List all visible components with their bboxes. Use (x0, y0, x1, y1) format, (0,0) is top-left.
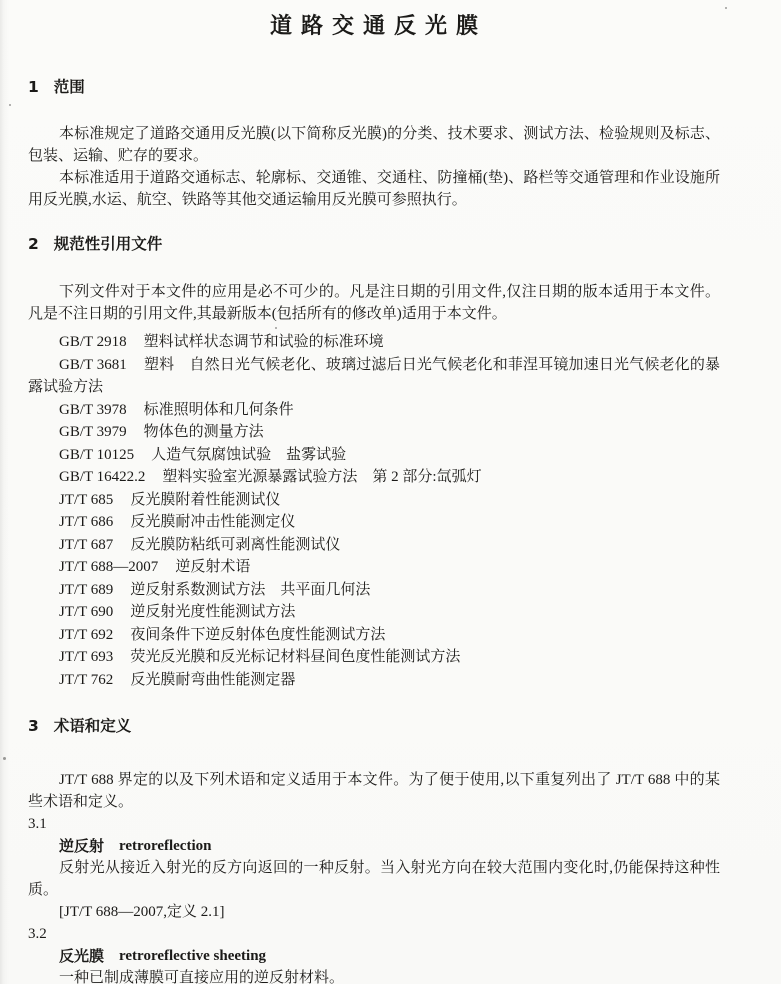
reference-title: 物体色的测量方法 (144, 424, 264, 440)
reference-title: 塑料 自然日光气候老化、玻璃过滤后日光气候老化和菲涅耳镜加速日光气候老化的暴露试… (28, 357, 720, 396)
scan-speck (138, 845, 141, 847)
reference-code: JT/T 686 (59, 514, 113, 530)
scan-speck (275, 327, 277, 329)
reference-code: GB/T 3681 (59, 357, 127, 373)
reference-title: 逆反射系数测试方法 共平面几何法 (130, 582, 370, 598)
reference-title: 逆反射术语 (175, 559, 250, 575)
term-english: retroreflective sheeting (119, 945, 266, 967)
terms-intro: JT/T 688 界定的以及下列术语和定义适用于本文件。为了便于使用,以下重复列… (28, 769, 720, 813)
section-1-title: 范围 (54, 76, 85, 98)
term-entry-3-1: 3.1 逆反射 retroreflection 反射光从接近入射光的反方向返回的… (28, 813, 720, 923)
reference-title: 逆反射光度性能测试方法 (130, 604, 295, 620)
reference-code: JT/T 762 (59, 672, 113, 688)
term-definition: 反射光从接近入射光的反方向返回的一种反射。当入射光方向在较大范围内变化时,仍能保… (28, 857, 720, 901)
term-chinese: 反光膜 (59, 945, 104, 967)
term-entry-3-2: 3.2 反光膜 retroreflective sheeting 一种已制成薄膜… (28, 923, 720, 984)
term-number: 3.2 (28, 923, 720, 945)
reference-item: GB/T 10125人造气氛腐蚀试验 盐雾试验 (28, 444, 720, 467)
reference-item: GB/T 3681塑料 自然日光气候老化、玻璃过滤后日光气候老化和菲涅耳镜加速日… (28, 354, 720, 399)
scope-paragraph-1: 本标准规定了道路交通用反光膜(以下简称反光膜)的分类、技术要求、测试方法、检验规… (28, 123, 720, 167)
normative-references-list: GB/T 2918塑料试样状态调节和试验的标准环境 GB/T 3681塑料 自然… (28, 331, 720, 691)
document-page: 道路交通反光膜 1 范围 本标准规定了道路交通用反光膜(以下简称反光膜)的分类、… (0, 0, 781, 984)
reference-code: GB/T 3979 (59, 424, 127, 440)
scope-body: 本标准规定了道路交通用反光膜(以下简称反光膜)的分类、技术要求、测试方法、检验规… (28, 123, 720, 211)
reference-title: 反光膜防粘纸可剥离性能测试仪 (130, 537, 340, 553)
reference-item: JT/T 689逆反射系数测试方法 共平面几何法 (28, 579, 720, 602)
scope-paragraph-2: 本标准适用于道路交通标志、轮廓标、交通锥、交通柱、防撞桶(垫)、路栏等交通管理和… (28, 167, 720, 211)
reference-item: JT/T 685反光膜附着性能测试仪 (28, 489, 720, 512)
reference-code: GB/T 10125 (59, 447, 134, 463)
reference-code: JT/T 689 (59, 582, 113, 598)
reference-item: JT/T 688—2007逆反射术语 (28, 556, 720, 579)
reference-title: 反光膜耐冲击性能测定仪 (130, 514, 295, 530)
section-3-title: 术语和定义 (54, 715, 132, 737)
reference-item: JT/T 690逆反射光度性能测试方法 (28, 601, 720, 624)
term-chinese: 逆反射 (59, 835, 104, 857)
references-intro: 下列文件对于本文件的应用是必不可少的。凡是注日期的引用文件,仅注日期的版本适用于… (28, 281, 720, 325)
section-1-number: 1 (28, 76, 39, 98)
section-3-number: 3 (28, 715, 39, 737)
reference-code: JT/T 692 (59, 627, 113, 643)
section-2-heading: 2 规范性引用文件 (28, 233, 720, 255)
section-2-title: 规范性引用文件 (54, 233, 163, 255)
reference-item: JT/T 762反光膜耐弯曲性能测定器 (28, 669, 720, 692)
reference-code: JT/T 690 (59, 604, 113, 620)
reference-title: 反光膜附着性能测试仪 (130, 492, 280, 508)
reference-code: JT/T 687 (59, 537, 113, 553)
reference-title: 反光膜耐弯曲性能测定器 (130, 672, 295, 688)
section-2-number: 2 (28, 233, 39, 255)
section-3-heading: 3 术语和定义 (28, 715, 720, 737)
reference-item: GB/T 3978标准照明体和几何条件 (28, 399, 720, 422)
reference-title: 人造气氛腐蚀试验 盐雾试验 (151, 447, 346, 463)
reference-code: JT/T 688—2007 (59, 559, 158, 575)
reference-title: 夜间条件下逆反射体色度性能测试方法 (130, 627, 385, 643)
scan-speck (725, 7, 727, 9)
reference-item: GB/T 2918塑料试样状态调节和试验的标准环境 (28, 331, 720, 354)
term-english: retroreflection (119, 835, 211, 857)
reference-title: 塑料试样状态调节和试验的标准环境 (144, 334, 384, 350)
reference-code: JT/T 685 (59, 492, 113, 508)
reference-item: JT/T 693荧光反光膜和反光标记材料昼间色度性能测试方法 (28, 646, 720, 669)
scan-speck (3, 757, 6, 760)
reference-item: GB/T 16422.2塑料实验室光源暴露试验方法 第 2 部分:氙弧灯 (28, 466, 720, 489)
scan-speck (9, 104, 11, 106)
reference-item: GB/T 3979物体色的测量方法 (28, 421, 720, 444)
reference-title: 荧光反光膜和反光标记材料昼间色度性能测试方法 (130, 649, 460, 665)
reference-title: 塑料实验室光源暴露试验方法 第 2 部分:氙弧灯 (162, 469, 481, 485)
reference-code: JT/T 693 (59, 649, 113, 665)
term-definition: 一种已制成薄膜可直接应用的逆反射材料。 (28, 967, 720, 984)
reference-title: 标准照明体和几何条件 (144, 402, 294, 418)
term-source: [JT/T 688—2007,定义 2.1] (28, 901, 720, 923)
reference-code: GB/T 2918 (59, 334, 127, 350)
reference-item: JT/T 686反光膜耐冲击性能测定仪 (28, 511, 720, 534)
reference-code: GB/T 16422.2 (59, 469, 145, 485)
reference-code: GB/T 3978 (59, 402, 127, 418)
term-line: 反光膜 retroreflective sheeting (28, 945, 720, 967)
reference-item: JT/T 692夜间条件下逆反射体色度性能测试方法 (28, 624, 720, 647)
section-1-heading: 1 范围 (28, 76, 720, 98)
document-title: 道路交通反光膜 (28, 0, 720, 42)
term-line: 逆反射 retroreflection (28, 835, 720, 857)
term-number: 3.1 (28, 813, 720, 835)
reference-item: JT/T 687反光膜防粘纸可剥离性能测试仪 (28, 534, 720, 557)
